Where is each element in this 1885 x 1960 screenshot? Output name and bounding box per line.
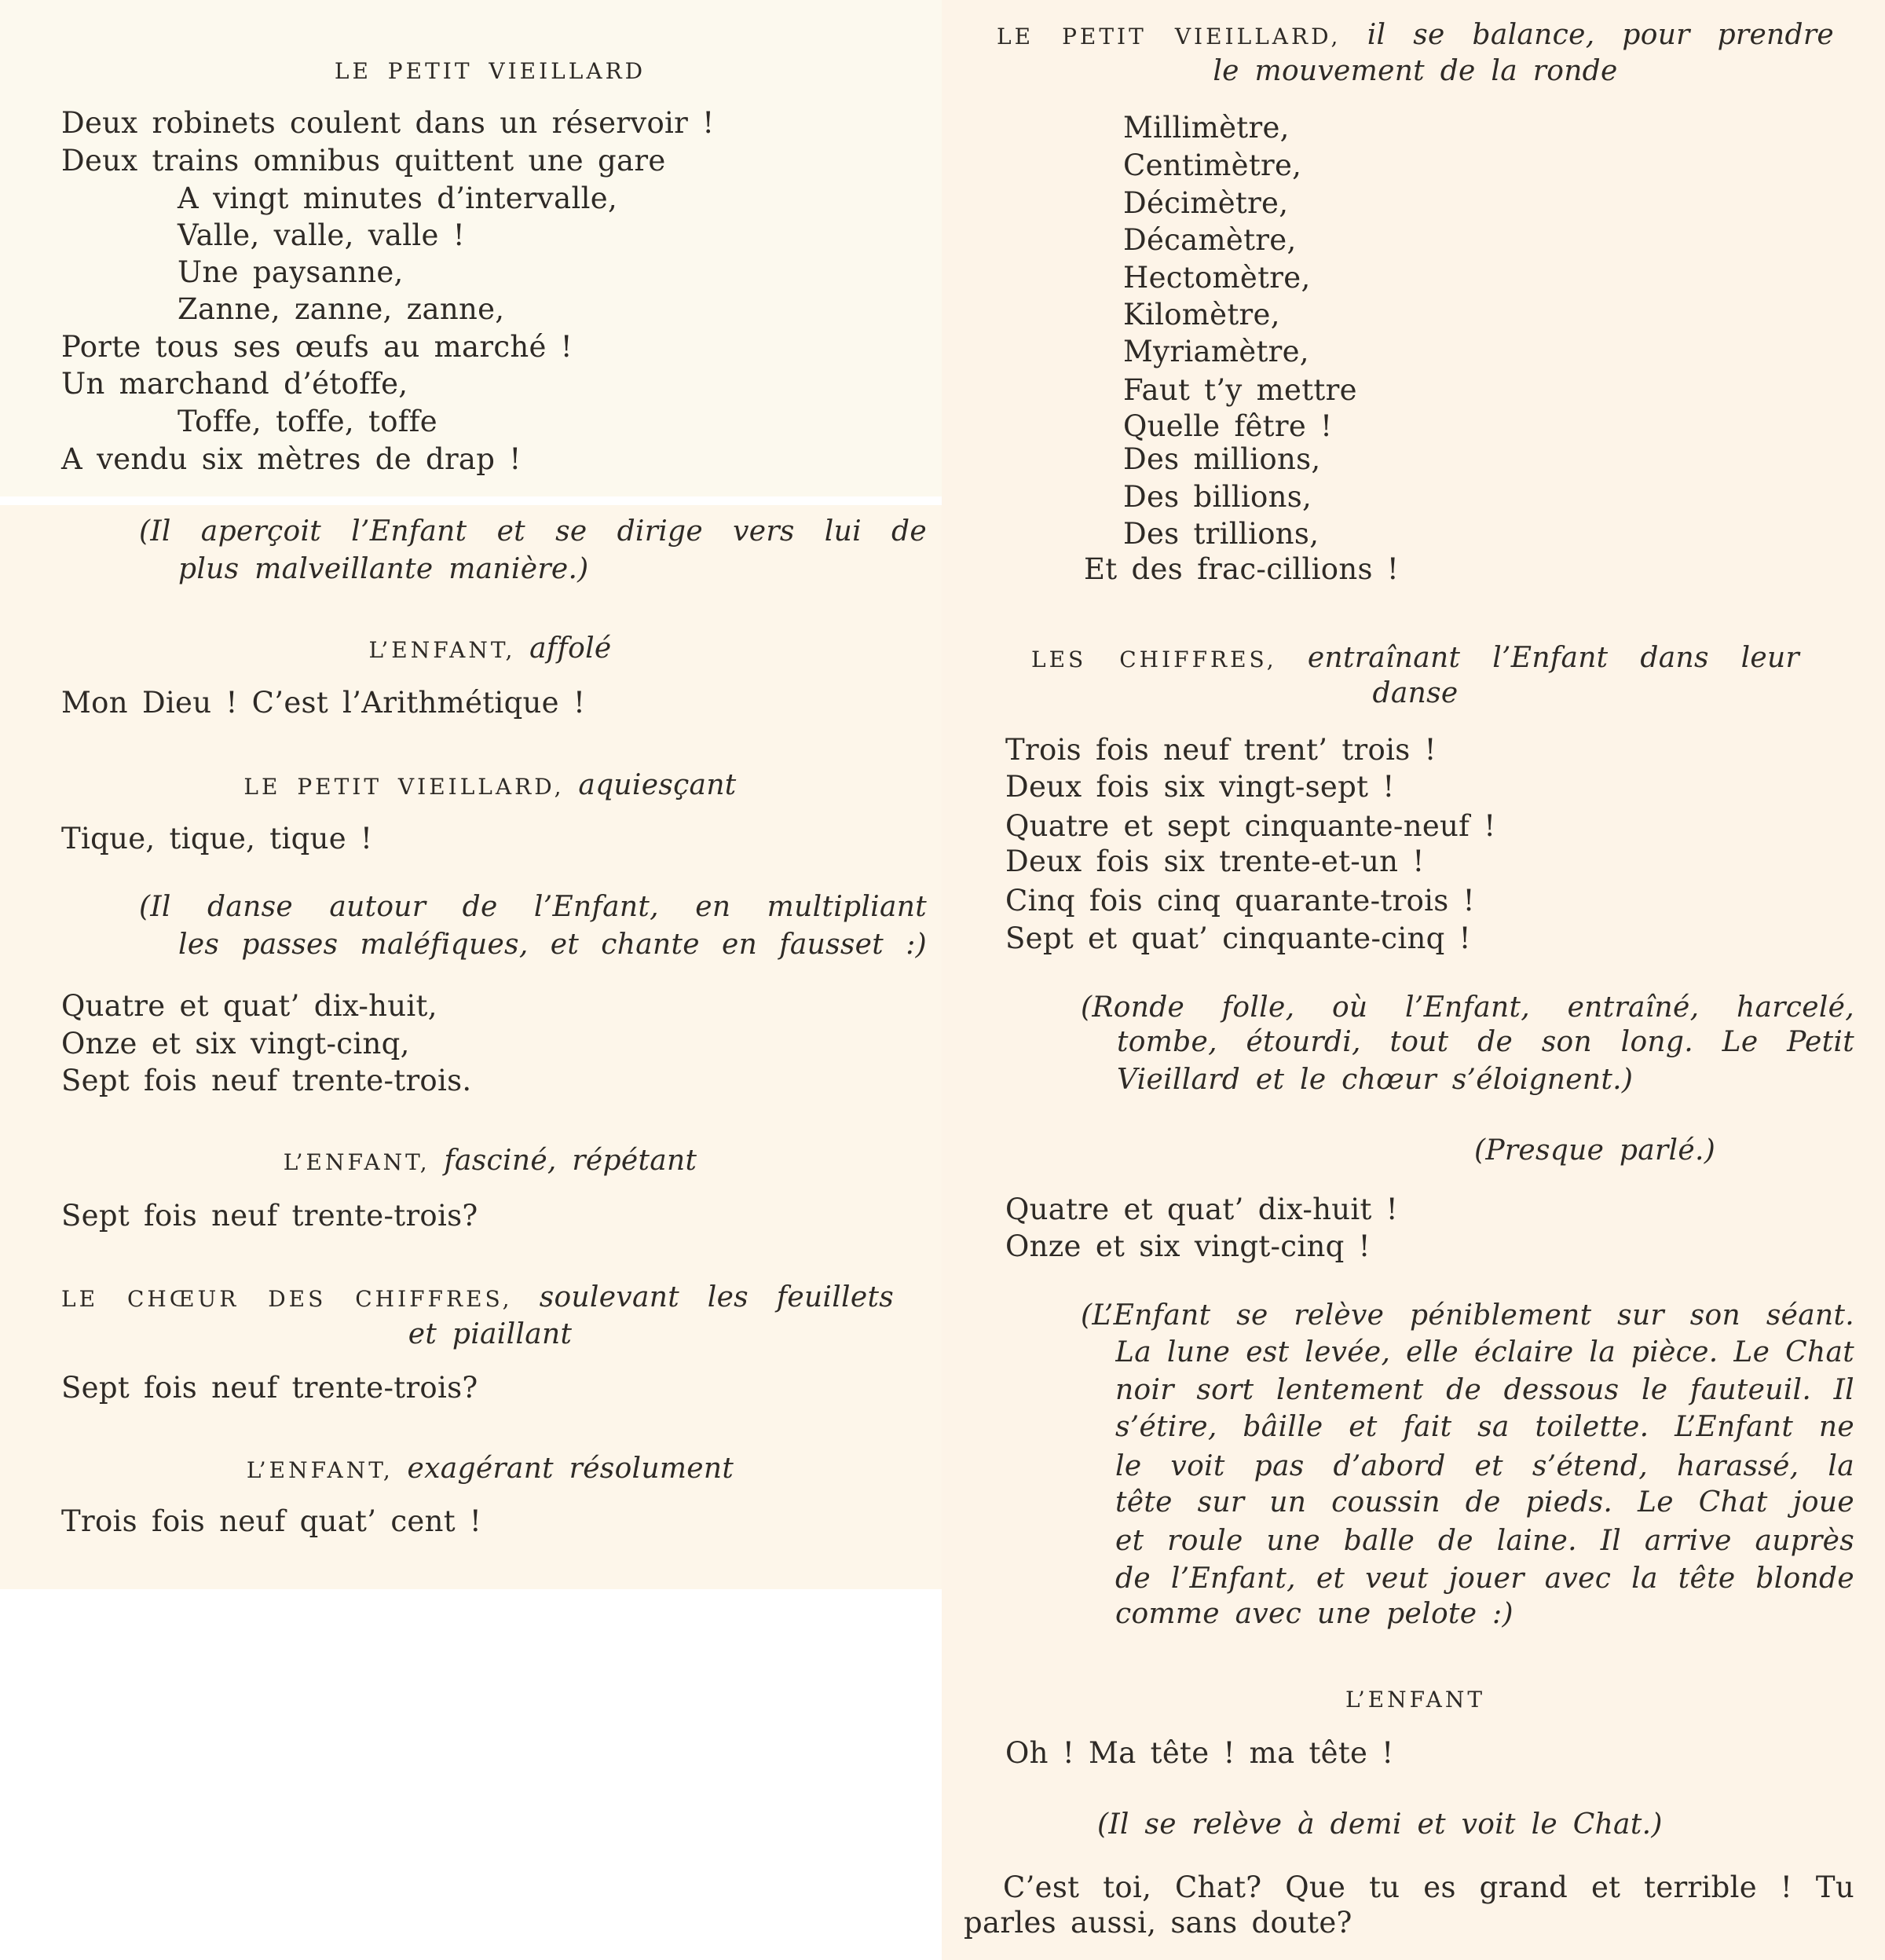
speaker-direction: fasciné, répétant [444, 1145, 697, 1177]
verse-line: Porte tous ses œufs au marché ! [61, 328, 573, 366]
speaker-direction: le mouvement de la ronde [1213, 55, 1617, 87]
verse-line: Sept et quat’ cinquante-cinq ! [1005, 920, 1471, 958]
dialogue-line: Trois fois neuf quat’ cent ! [61, 1503, 481, 1541]
speaker-direction: exagérant résolument [408, 1453, 734, 1485]
speaker-name: LE PETIT VIEILLARD, [997, 24, 1341, 49]
prose-line: C’est toi, Chat? Que tu es grand et terr… [1003, 1869, 1854, 1907]
stage-direction-line: (Il danse autour de l’Enfant, en multipl… [139, 888, 927, 926]
stage-direction-line: (L’Enfant se relève péniblement sur son … [1081, 1297, 1854, 1335]
stage-direction: (Il se relève à demi et voit le Chat.) [1097, 1806, 1663, 1844]
speaker-direction: il se balance, pour prendre [1367, 19, 1834, 51]
dialogue-line: Oh ! Ma tête ! ma tête ! [1005, 1735, 1393, 1772]
verse-line: Des billions, [1123, 478, 1312, 516]
speaker-name: L’ENFANT, [247, 1457, 393, 1483]
speaker-name: LE PETIT VIEILLARD, [243, 774, 564, 800]
speaker-direction: danse [1373, 677, 1459, 709]
stage-direction-line: tête sur un coussin de pieds. Le Chat jo… [1115, 1484, 1854, 1522]
prose-line: parles aussi, sans doute? [964, 1904, 1352, 1942]
stage-direction-line: La lune est levée, elle éclaire la pièce… [1115, 1334, 1854, 1372]
stage-direction-line: plus malveillante manière.) [178, 551, 589, 588]
verse-line: Onze et six vingt-cinq, [61, 1025, 410, 1063]
speaker-cue: LE CHŒUR DES CHIFFRES, soulevant les feu… [61, 1278, 894, 1316]
speaker-cue: LE PETIT VIEILLARD [61, 51, 919, 89]
verse-line: Des trillions, [1123, 515, 1319, 553]
speaker-cue: L’ENFANT, exagérant résolument [61, 1450, 919, 1488]
speaker-cue: L’ENFANT [997, 1680, 1834, 1717]
dialogue-line: Sept fois neuf trente-trois? [61, 1369, 478, 1407]
right-page-scan [942, 0, 1885, 1960]
verse-line: Deux trains omnibus quittent une gare [61, 142, 666, 180]
verse-line: Zanne, zanne, zanne, [178, 291, 504, 328]
stage-direction-line: comme avec une pelote :) [1115, 1595, 1513, 1633]
verse-line: A vingt minutes d’intervalle, [178, 180, 617, 218]
stage-direction-line: de l’Enfant, et veut jouer avec la tête … [1115, 1560, 1854, 1598]
verse-line: Toffe, toffe, toffe [178, 403, 437, 441]
speaker-name: L’ENFANT [1345, 1687, 1485, 1713]
verse-line: Quatre et quat’ dix-huit ! [1005, 1191, 1398, 1229]
verse-line: Quelle fêtre ! [1123, 408, 1332, 445]
speaker-cue-continued: et piaillant [61, 1316, 919, 1354]
dialogue-line: Sept fois neuf trente-trois? [61, 1197, 478, 1235]
stage-direction-line: noir sort lentement de dessous le fauteu… [1115, 1372, 1854, 1409]
speaker-name: L’ENFANT, [368, 637, 515, 663]
verse-line: Décamètre, [1123, 222, 1297, 259]
stage-direction-line: Vieillard et le chœur s’éloignent.) [1117, 1061, 1633, 1099]
speaker-direction: entraînant l’Enfant dans leur [1308, 642, 1799, 674]
verse-line: A vendu six mètres de drap ! [61, 441, 522, 478]
verse-line: Des millions, [1123, 441, 1320, 478]
speaker-cue: LE PETIT VIEILLARD, il se balance, pour … [997, 16, 1834, 53]
verse-line: Myriamètre, [1123, 333, 1309, 371]
verse-line: Un marchand d’étoffe, [61, 365, 408, 403]
verse-line: Deux fois six vingt-sept ! [1005, 768, 1395, 806]
stage-direction: (Presque parlé.) [1474, 1132, 1715, 1170]
verse-line: Quatre et sept cinquante-neuf ! [1005, 808, 1495, 845]
speaker-name: LES CHIFFRES, [1031, 647, 1277, 672]
verse-line: Millimètre, [1123, 109, 1290, 147]
speaker-cue: LES CHIFFRES, entraînant l’Enfant dans l… [1031, 639, 1799, 676]
speaker-direction: aquiesçant [578, 769, 736, 801]
verse-line: Trois fois neuf trent’ trois ! [1005, 731, 1437, 769]
verse-line: Cinq fois cinq quarante-trois ! [1005, 882, 1475, 920]
verse-line: Quatre et quat’ dix-huit, [61, 987, 437, 1025]
speaker-cue-continued: le mouvement de la ronde [997, 53, 1834, 90]
speaker-name: L’ENFANT, [284, 1149, 430, 1175]
speaker-cue: LE PETIT VIEILLARD, aquiesçant [61, 767, 919, 804]
speaker-name: LE PETIT VIEILLARD [335, 58, 646, 84]
dialogue-line: Mon Dieu ! C’est l’Arithmétique ! [61, 684, 585, 722]
speaker-cue: L’ENFANT, affolé [61, 630, 919, 668]
verse-line: Kilomètre, [1123, 296, 1280, 334]
verse-line: Faut t’y mettre [1123, 372, 1357, 409]
speaker-direction: soulevant les feuillets [540, 1281, 894, 1313]
verse-line: Centimètre, [1123, 147, 1301, 185]
speaker-direction: et piaillant [408, 1318, 573, 1350]
verse-line: Décimètre, [1123, 185, 1288, 222]
stage-direction-line: le voit pas d’abord et s’étend, harassé,… [1115, 1448, 1854, 1486]
verse-line: Valle, valle, valle ! [178, 217, 465, 255]
speaker-cue-continued: danse [997, 675, 1834, 713]
stage-direction-line: (Il aperçoit l’Enfant et se dirige vers … [139, 513, 927, 551]
speaker-cue: L’ENFANT, fasciné, répétant [61, 1142, 919, 1180]
stage-direction-line: les passes maléfiques, et chante en faus… [178, 926, 927, 964]
speaker-direction: affolé [529, 632, 611, 665]
stage-direction-line: (Ronde folle, où l’Enfant, entraîné, har… [1081, 989, 1854, 1027]
speaker-name: LE CHŒUR DES CHIFFRES, [61, 1286, 513, 1312]
verse-line: Sept fois neuf trente-trois. [61, 1062, 472, 1100]
verse-line: Onze et six vingt-cinq ! [1005, 1228, 1371, 1266]
dialogue-line: Tique, tique, tique ! [61, 820, 372, 858]
stage-direction-line: tombe, étourdi, tout de son long. Le Pet… [1117, 1024, 1854, 1061]
verse-line: Et des frac-cillions ! [1084, 551, 1399, 588]
verse-line: Une paysanne, [178, 254, 404, 291]
verse-line: Deux robinets coulent dans un réservoir … [61, 104, 714, 142]
verse-line: Deux fois six trente-et-un ! [1005, 843, 1425, 881]
stage-direction-line: et roule une balle de laine. Il arrive a… [1115, 1522, 1854, 1560]
stage-direction-line: s’étire, bâille et fait sa toilette. L’E… [1115, 1409, 1854, 1446]
verse-line: Hectomètre, [1123, 259, 1311, 297]
